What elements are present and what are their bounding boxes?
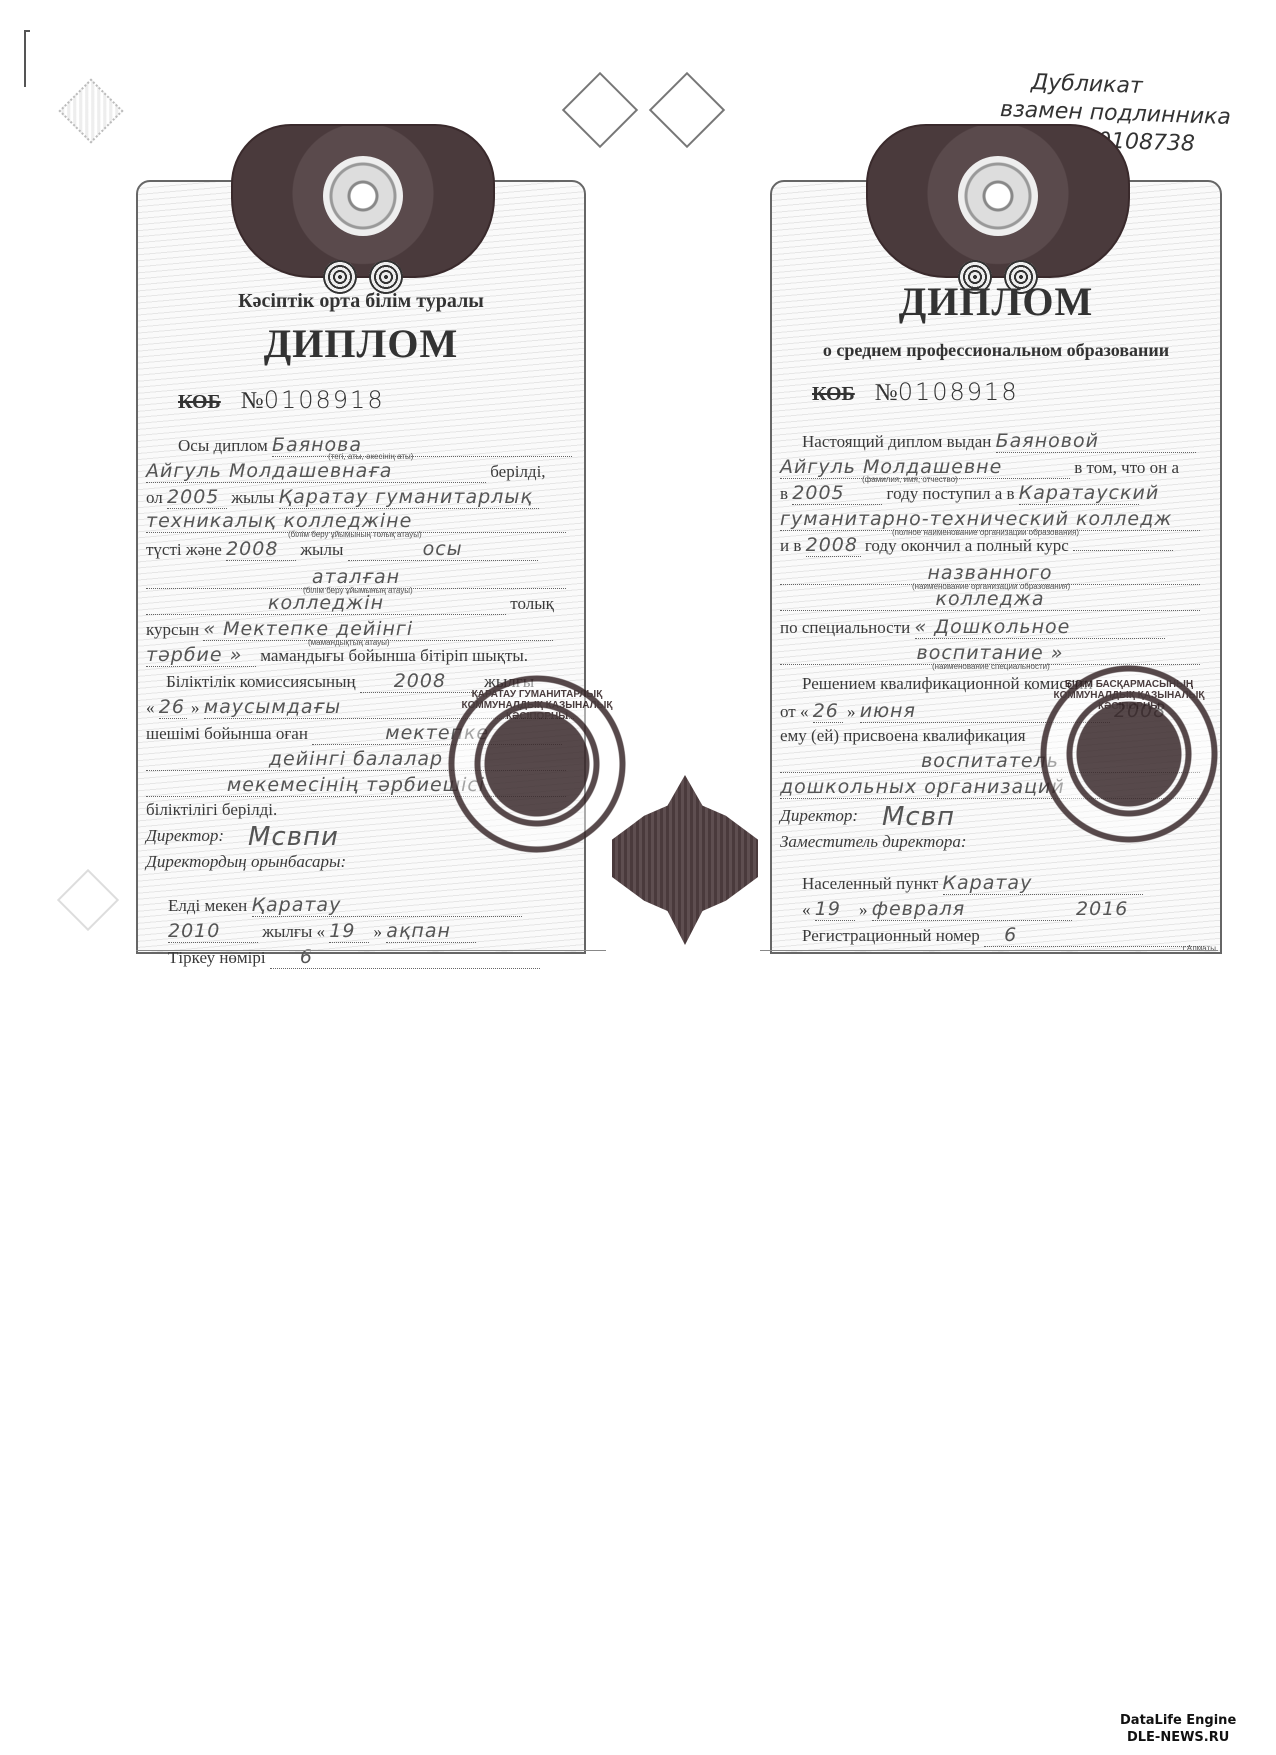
swirl-ornament-icon <box>323 260 357 294</box>
diploma-serial: КОБ№0108918 <box>178 386 385 415</box>
ornament-diamond-icon <box>58 78 123 143</box>
director-label: Директор: <box>780 806 858 826</box>
deputy-label: Директордың орынбасары: <box>146 852 346 872</box>
issue-date-line: « 19 » февраля 2016 <box>802 898 1128 921</box>
diploma-title: ДИПЛОМ <box>772 278 1220 325</box>
place-line: Елді мекен Қаратау <box>168 894 522 917</box>
line-5: түсті және 2008 жылы осы <box>146 538 538 561</box>
line-1: Настоящий диплом выдан Баяновой <box>802 430 1196 453</box>
swirl-ornament-icon <box>369 260 403 294</box>
official-stamp-right: БІЛІМ БАСҚАРМАСЫНЫҢ КОММУНАЛДЫҚ ҚАЗЫНАЛЫ… <box>1040 665 1218 843</box>
registration-line: Регистрационный номер 6 <box>802 924 1204 947</box>
diploma-title: ДИПЛОМ <box>138 320 584 367</box>
deputy-label: Заместитель директора: <box>780 832 967 852</box>
director-signature: Мсвпи <box>248 822 339 852</box>
line-7: колледжа <box>780 588 1200 611</box>
watermark: DataLife Engine DLE-NEWS.RU <box>1120 1712 1236 1746</box>
line-2: Айгуль Молдашевне в том, что он а <box>780 456 1179 479</box>
line-2: Айгуль Молдашевнаға берілді, <box>146 460 546 483</box>
state-emblem-icon <box>231 124 495 278</box>
state-emblem-icon <box>866 124 1130 278</box>
line-15: біліктілігі берілді. <box>146 800 277 820</box>
diamond-outline-icon <box>649 72 725 148</box>
line-12: ему (ей) присвоена квалификация <box>780 726 1026 746</box>
diploma-subtitle: Кәсіптік орта білім туралы <box>138 290 584 313</box>
diamond-outline-icon <box>562 72 638 148</box>
diploma-subtitle: о среднем профессиональном образовании <box>772 340 1220 361</box>
line-3: ол 2005 жылы Қаратау гуманитарлық <box>146 486 539 509</box>
diamond-outline-icon <box>57 869 119 931</box>
page-border-bottom <box>136 950 606 951</box>
page-border-bottom <box>760 950 1218 951</box>
line-8: по специальности « Дошкольное <box>780 616 1165 639</box>
emblem-icon <box>958 156 1038 236</box>
line-9: тәрбие » мамандығы бойынша бітіріп шықты… <box>146 644 528 667</box>
issue-date-line: 2010 жылғы « 19 » ақпан <box>168 920 476 943</box>
director-label: Директор: <box>146 826 224 846</box>
line-7: колледжін толық <box>146 592 554 615</box>
line-3: в 2005 году поступил а в Каратауский <box>780 482 1139 505</box>
scan-edge-mark <box>24 30 30 87</box>
official-stamp-left: ҚАРАТАУ ГУМАНИТАРЛЫҚ КОММУНАЛДЫҚ КАЗЫНАЛ… <box>448 675 626 853</box>
diploma-serial: КОБ№0108918 <box>812 378 1019 407</box>
place-line: Населенный пункт Каратау <box>802 872 1143 895</box>
printer-mark: г.Алматы <box>1183 944 1216 953</box>
emblem-icon <box>323 156 403 236</box>
center-ornament-icon <box>612 775 758 945</box>
director-signature: Мсвп <box>882 802 955 832</box>
line-5: и в 2008 году окончил а полный курс <box>780 534 1173 557</box>
